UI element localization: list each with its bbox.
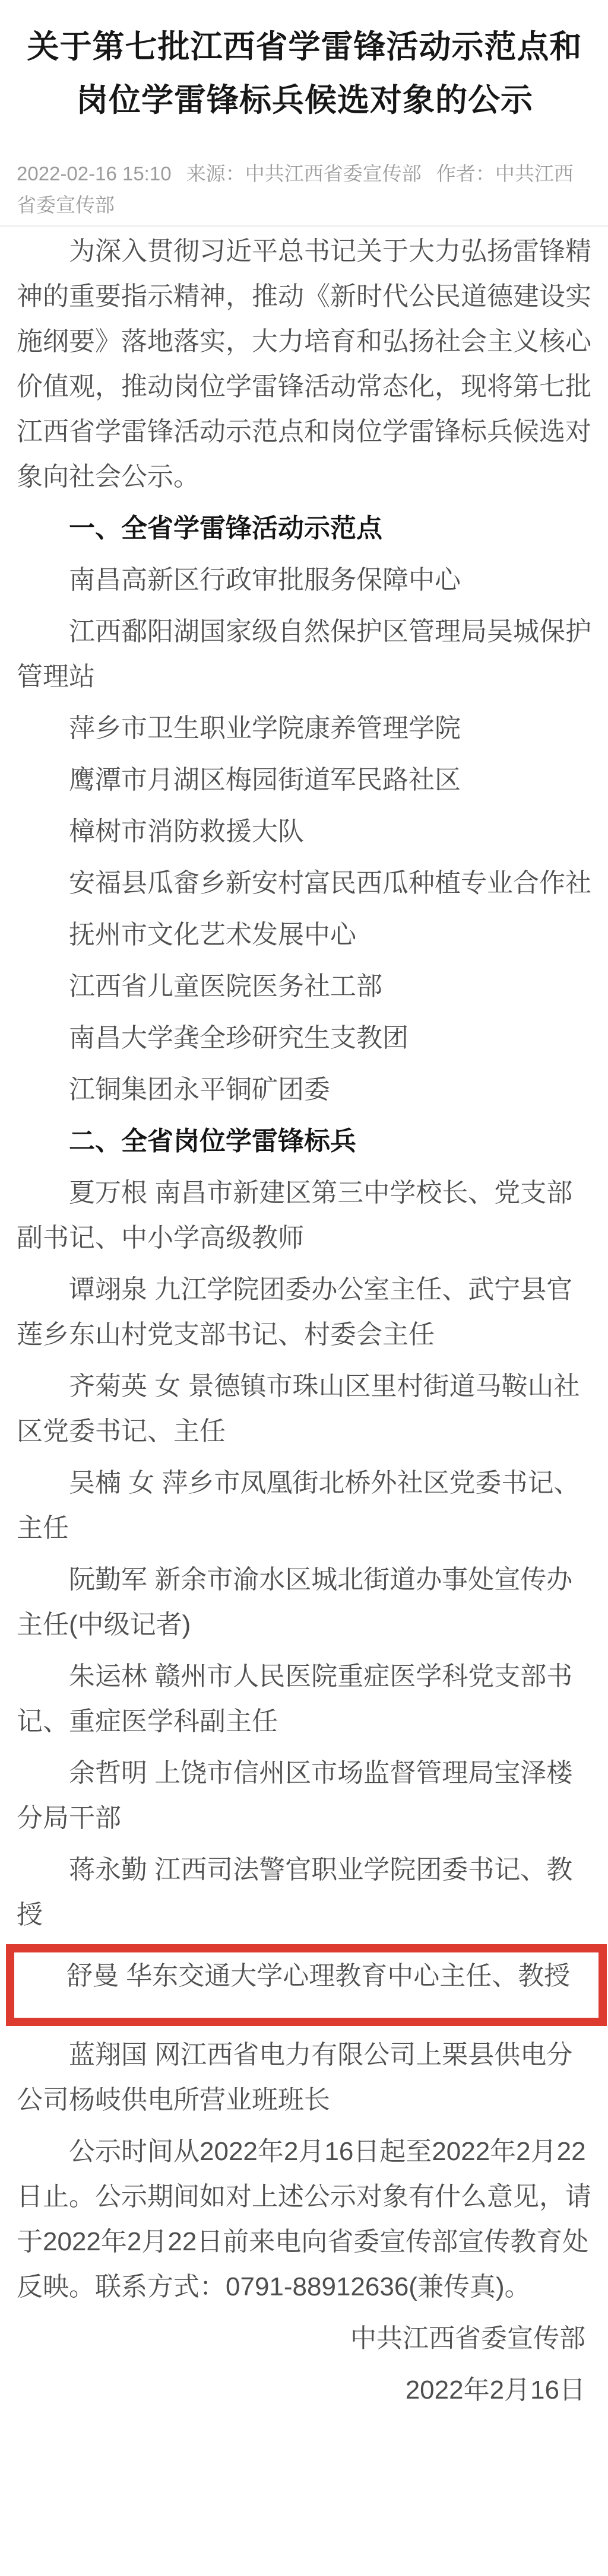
source-text: 来源：中共江西省委宣传部 [186, 163, 422, 185]
demo-site-item: 萍乡市卫生职业学院康养管理学院 [17, 706, 593, 751]
signature-date: 2022年2月16日 [17, 2368, 593, 2413]
article-body: 为深入贯彻习近平总书记关于大力弘扬雷锋精神的重要指示精神，推动《新时代公民道德建… [17, 229, 593, 2413]
demo-site-item: 安福县瓜畲乡新安村富民西瓜种植专业合作社 [17, 861, 593, 906]
demo-site-item: 樟树市消防救援大队 [17, 809, 593, 854]
model-worker-item: 齐菊英 女 景德镇市珠山区里村街道马鞍山社区党委书记、主任 [17, 1364, 593, 1454]
demo-site-item: 鹰潭市月湖区梅园街道军民路社区 [17, 758, 593, 803]
red-highlight-box: 舒曼 华东交通大学心理教育中心主任、教授 [6, 1944, 607, 2026]
model-worker-item: 谭翊泉 九江学院团委办公室主任、武宁县官莲乡东山村党支部书记、村委会主任 [17, 1267, 593, 1357]
model-worker-item: 朱运林 赣州市人民医院重症医学科党支部书记、重症医学科副主任 [17, 1654, 593, 1744]
demo-site-item: 江铜集团永平铜矿团委 [17, 1067, 593, 1112]
meta-divider [0, 225, 608, 227]
article-meta: 2022-02-16 15:10 来源：中共江西省委宣传部 作者：中共江西省委宣… [17, 158, 593, 221]
demo-site-item: 抚州市文化艺术发展中心 [17, 912, 593, 958]
section2-heading: 二、全省岗位学雷锋标兵 [17, 1119, 593, 1164]
demo-site-item: 南昌大学龚全珍研究生支教团 [17, 1016, 593, 1061]
model-worker-item: 阮勤军 新余市渝水区城北街道办事处宣传办主任(中级记者) [17, 1557, 593, 1648]
announcement-page: 关于第七批江西省学雷锋活动示范点和岗位学雷锋标兵候选对象的公示 2022-02-… [0, 0, 608, 2576]
intro-paragraph: 为深入贯彻习近平总书记关于大力弘扬雷锋精神的重要指示精神，推动《新时代公民道德建… [17, 229, 593, 500]
demo-site-item: 南昌高新区行政审批服务保障中心 [17, 558, 593, 603]
model-worker-item: 吴楠 女 萍乡市凤凰街北桥外社区党委书记、主任 [17, 1461, 593, 1551]
model-worker-item: 蒋永勤 江西司法警官职业学院团委书记、教授 [17, 1847, 593, 1938]
publish-datetime: 2022-02-16 15:10 [17, 163, 172, 185]
demo-site-item: 江西鄱阳湖国家级自然保护区管理局吴城保护管理站 [17, 609, 593, 699]
model-worker-item: 余哲明 上饶市信州区市场监督管理局宝泽楼分局干部 [17, 1751, 593, 1841]
section1-heading: 一、全省学雷锋活动示范点 [17, 506, 593, 551]
model-worker-item: 蓝翔国 网江西省电力有限公司上栗县供电分公司杨岐供电所营业班班长 [17, 2033, 593, 2123]
closing-paragraph: 公示时间从2022年2月16日起至2022年2月22日止。公示期间如对上述公示对… [17, 2129, 593, 2310]
model-worker-item: 夏万根 南昌市新建区第三中学校长、党支部副书记、中小学高级教师 [17, 1171, 593, 1261]
model-worker-item-highlighted: 舒曼 华东交通大学心理教育中心主任、教授 [14, 1954, 584, 1999]
page-title: 关于第七批江西省学雷锋活动示范点和岗位学雷锋标兵候选对象的公示 [17, 20, 593, 127]
demo-site-item: 江西省儿童医院医务社工部 [17, 964, 593, 1009]
signature-org: 中共江西省委宣传部 [17, 2316, 593, 2361]
